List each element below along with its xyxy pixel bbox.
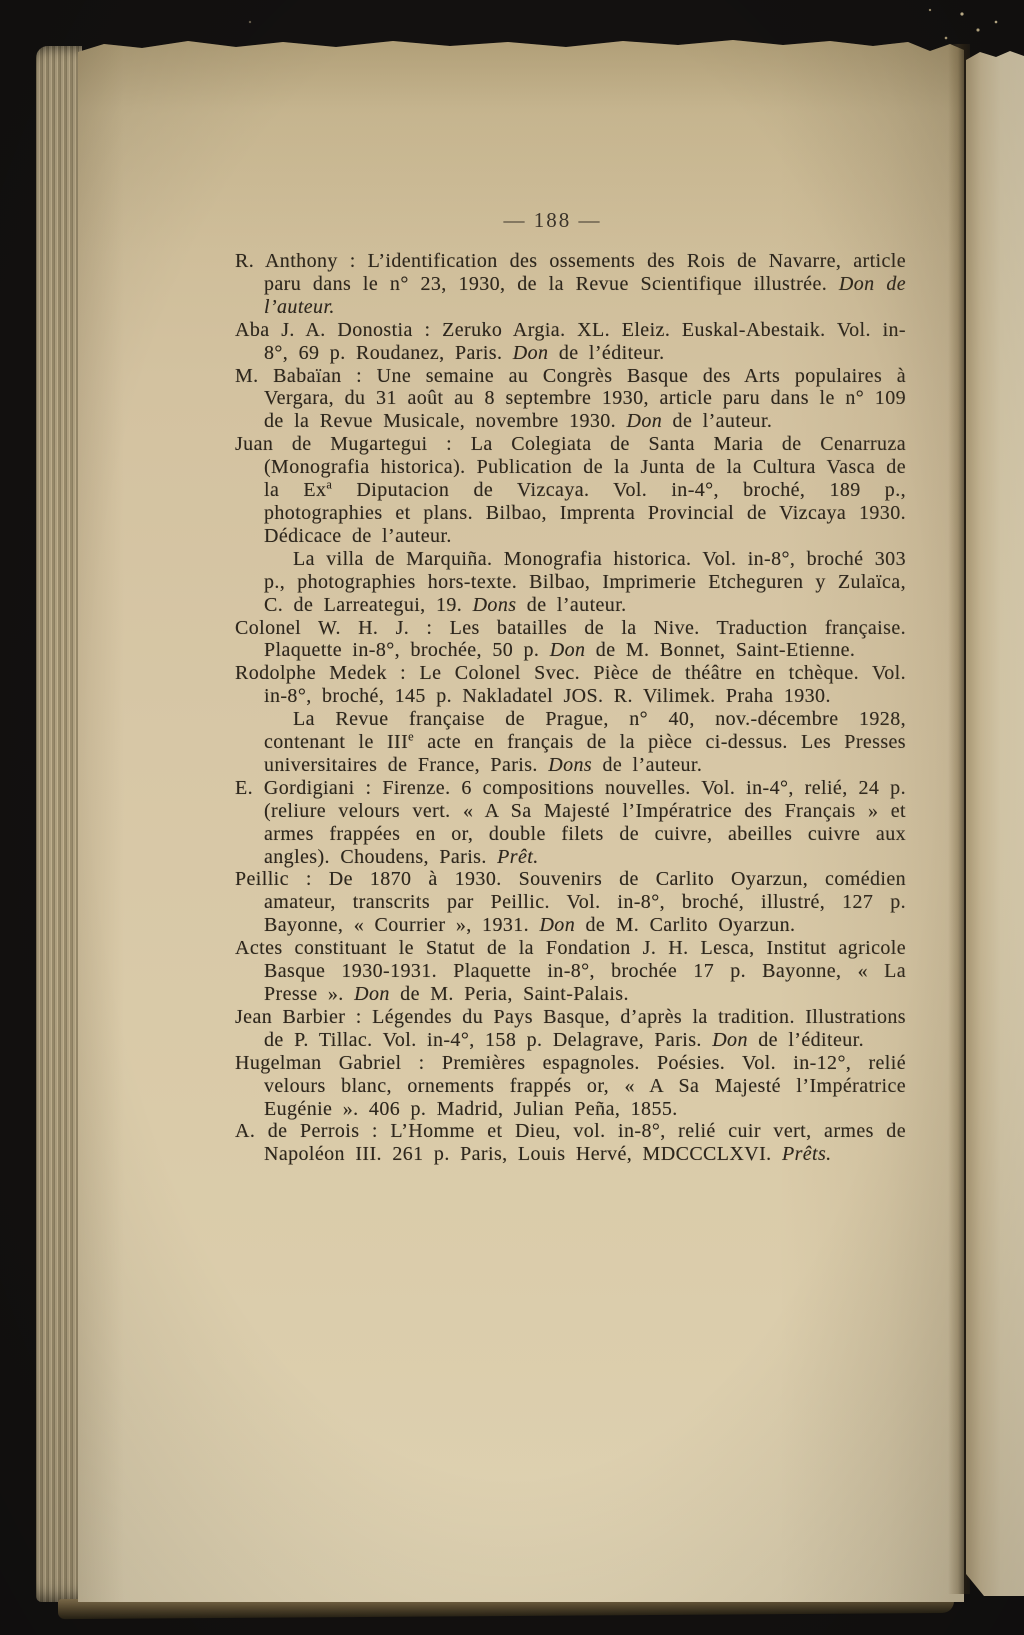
text-run: de l’éditeur. <box>548 342 664 364</box>
facing-page-edge <box>966 48 1024 1596</box>
entry-paragraph: Actes constituant le Statut de la Fondat… <box>235 937 906 1006</box>
text-run: de l’éditeur. <box>748 1029 864 1051</box>
text-run: Rodolphe Medek : Le Colonel Svec. Pièce … <box>235 662 906 707</box>
text-run: Dons <box>548 754 592 776</box>
text-run: de l’auteur. <box>662 410 772 432</box>
entry-paragraph: Jean Barbier : Légendes du Pays Basque, … <box>235 1006 906 1052</box>
text-run: de M. Carlito Oyarzun. <box>575 914 795 936</box>
text-run: Don <box>627 410 663 432</box>
text-run: Don <box>712 1029 748 1051</box>
text-run: Diputacion de Vizcaya. Vol. in-4°, broch… <box>264 479 906 547</box>
book-page: — 188 — R. Anthony : L’identification de… <box>78 38 964 1602</box>
text-run: Prêts. <box>782 1143 832 1165</box>
page-edge-stack-left <box>36 46 82 1602</box>
text-run: Don <box>539 914 575 936</box>
entry-paragraph: Juan de Mugartegui : La Colegiata de San… <box>235 433 906 548</box>
text-run: Hugelman Gabriel : Premières espagnoles.… <box>235 1052 906 1120</box>
text-run: Don <box>354 983 390 1005</box>
entry-sub-paragraph: La Revue française de Prague, n° 40, nov… <box>235 708 906 777</box>
entry-paragraph: Peillic : De 1870 à 1930. Souvenirs de C… <box>235 868 906 937</box>
text-run: E. Gordigiani : Firenze. 6 compositions … <box>235 777 906 868</box>
text-run: Dons <box>473 594 517 616</box>
text-run: Don <box>513 342 549 364</box>
entry-sub-paragraph: La villa de Marquiña. Monografia histori… <box>235 548 906 617</box>
entry-paragraph: M. Babaïan : Une semaine au Congrès Basq… <box>235 365 906 434</box>
text-run: de M. Bonnet, Saint-Etienne. <box>585 639 855 661</box>
entry-paragraph: Hugelman Gabriel : Premières espagnoles.… <box>235 1052 906 1121</box>
page-number: — 188 — <box>217 208 888 233</box>
text-run: Don <box>550 639 586 661</box>
entry-paragraph: E. Gordigiani : Firenze. 6 compositions … <box>235 777 906 869</box>
text-run: R. Anthony : L’identification des osseme… <box>235 250 906 295</box>
photo-background: — 188 — R. Anthony : L’identification de… <box>0 0 1024 1635</box>
text-run: M. Babaïan : Une semaine au Congrès Basq… <box>235 365 906 433</box>
entry-paragraph: A. de Perrois : L’Homme et Dieu, vol. in… <box>235 1120 906 1166</box>
text-run: de M. Peria, Saint-Palais. <box>390 983 629 1005</box>
entry-paragraph: Aba J. A. Donostia : Zeruko Argia. XL. E… <box>235 319 906 365</box>
text-run: de l’auteur. <box>592 754 702 776</box>
entry-list: R. Anthony : L’identification des osseme… <box>235 250 906 1166</box>
entry-paragraph: R. Anthony : L’identification des osseme… <box>235 250 906 319</box>
text-run: de l’auteur. <box>516 594 626 616</box>
entry-paragraph: Rodolphe Medek : Le Colonel Svec. Pièce … <box>235 662 906 708</box>
text-run: Prêt. <box>497 846 538 868</box>
entry-paragraph: Colonel W. H. J. : Les batailles de la N… <box>235 617 906 663</box>
